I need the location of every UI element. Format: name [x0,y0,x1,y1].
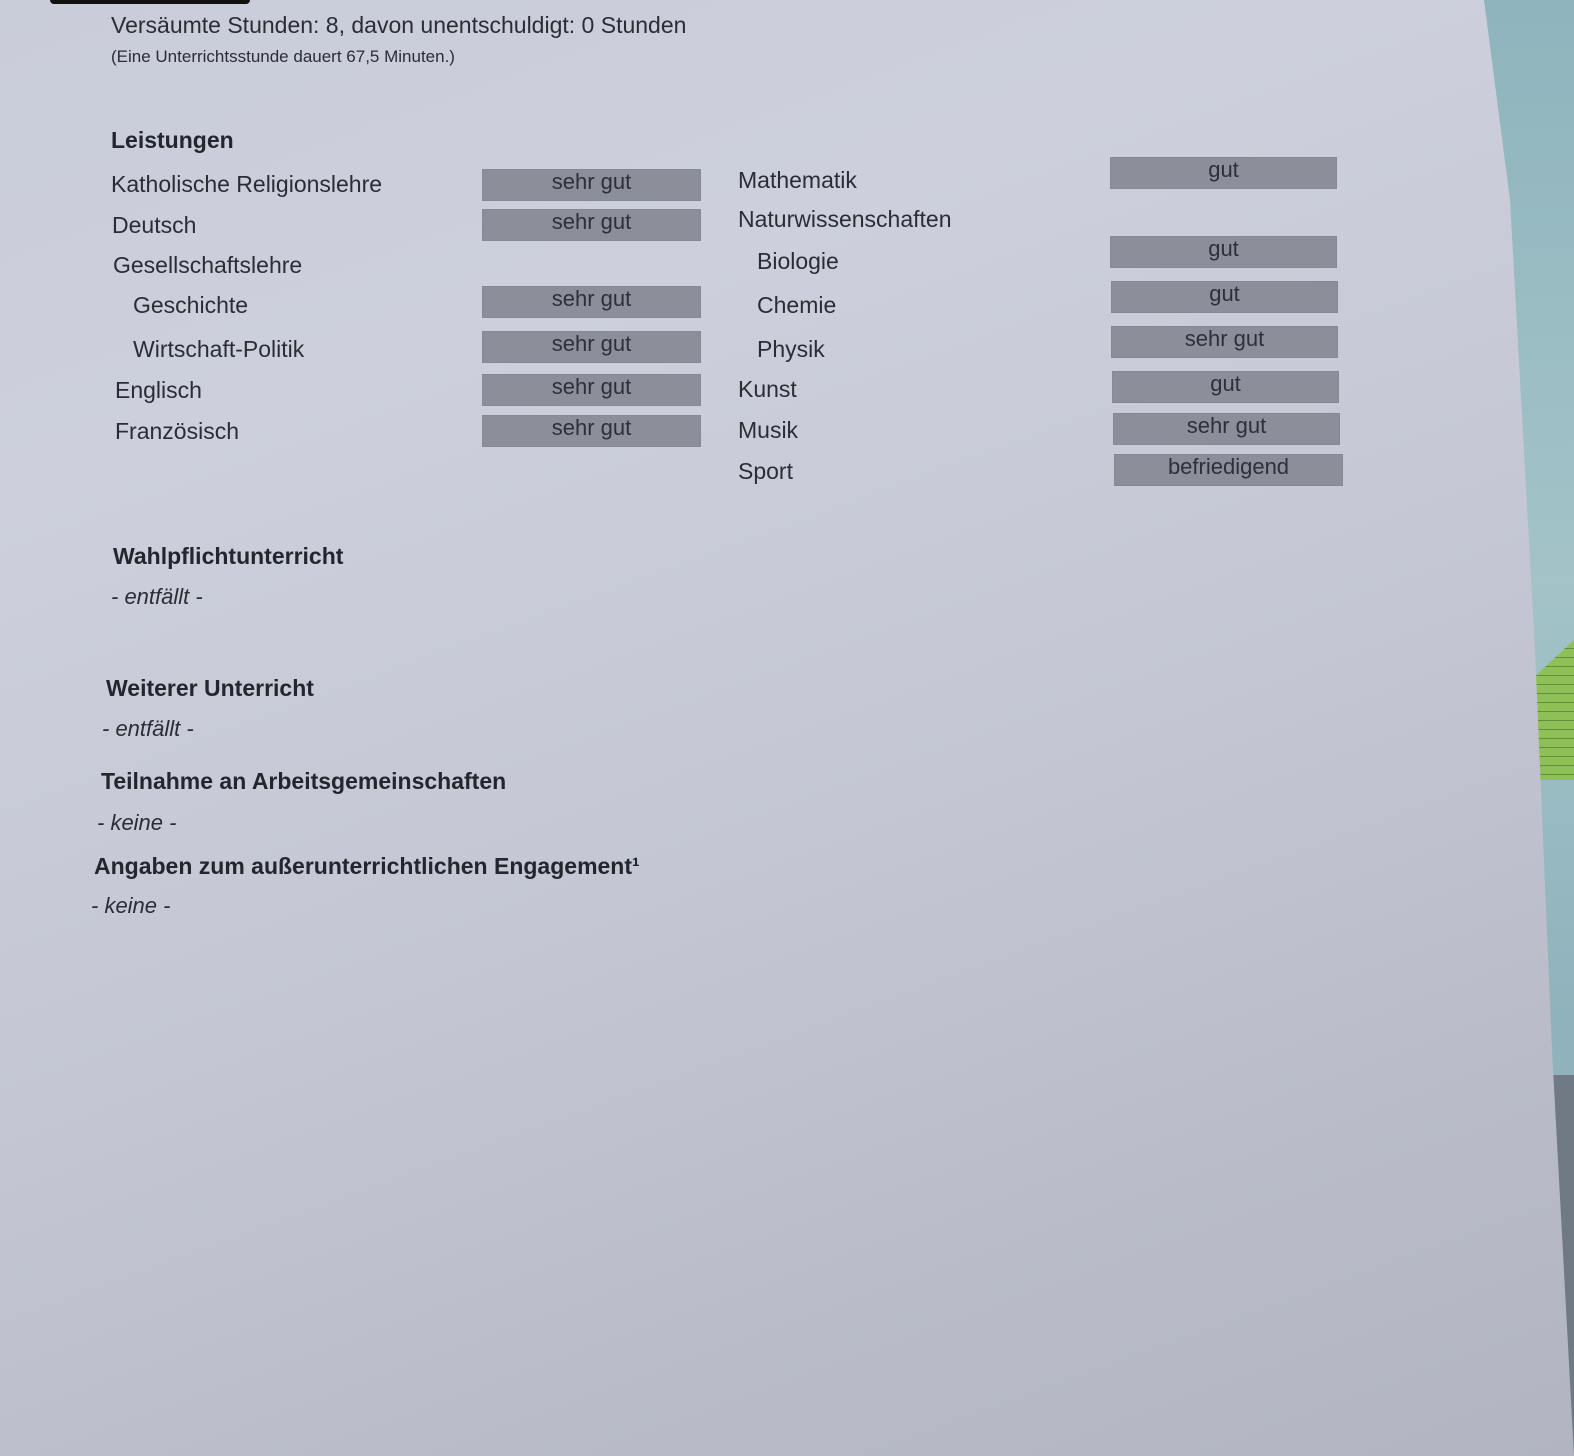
subject-geschichte: Geschichte [133,292,248,319]
grade-englisch: sehr gut [482,374,701,406]
subject-katholische-religionslehre: Katholische Religionslehre [111,171,382,198]
grade-physik: sehr gut [1111,326,1338,358]
report-card-page: Versäumte Stunden: 8, davon unentschuldi… [0,0,1574,1456]
grade-katholische-religionslehre: sehr gut [482,169,701,201]
subject-mathematik: Mathematik [738,167,857,194]
grade-sport: befriedigend [1114,454,1343,486]
grade-wirtschaft-politik: sehr gut [482,331,701,363]
subject-deutsch: Deutsch [112,212,196,239]
section-value-wahlpflichtunterricht: - entfällt - [111,584,203,610]
subject-musik: Musik [738,417,798,444]
section-value-arbeitsgemeinschaften: - keine - [97,810,176,836]
lesson-duration-note: (Eine Unterrichtsstunde dauert 67,5 Minu… [111,47,455,67]
subject-physik: Physik [757,336,825,363]
section-value-engagement: - keine - [91,893,170,919]
grade-deutsch: sehr gut [482,209,701,241]
subject-naturwissenschaften: Naturwissenschaften [738,206,952,233]
grade-geschichte: sehr gut [482,286,701,318]
subject-gesellschaftslehre: Gesellschaftslehre [113,252,302,279]
top-edge-shadow [50,0,250,4]
performance-heading: Leistungen [111,127,234,154]
subject-franzoesisch: Französisch [115,418,239,445]
subject-sport: Sport [738,458,793,485]
section-value-weiterer-unterricht: - entfällt - [102,716,194,742]
missed-hours: Versäumte Stunden: 8, davon unentschuldi… [111,12,686,39]
grade-musik: sehr gut [1113,413,1340,445]
grade-mathematik: gut [1110,157,1337,189]
grade-kunst: gut [1112,371,1339,403]
subject-wirtschaft-politik: Wirtschaft-Politik [133,336,304,363]
grade-biologie: gut [1110,236,1337,268]
subject-biologie: Biologie [757,248,839,275]
subject-kunst: Kunst [738,376,797,403]
section-heading-weiterer-unterricht: Weiterer Unterricht [106,675,314,702]
grade-franzoesisch: sehr gut [482,415,701,447]
subject-englisch: Englisch [115,377,202,404]
grade-chemie: gut [1111,281,1338,313]
section-heading-engagement: Angaben zum außerunterrichtlichen Engage… [94,853,640,880]
section-heading-wahlpflichtunterricht: Wahlpflichtunterricht [113,543,343,570]
subject-chemie: Chemie [757,292,836,319]
section-heading-arbeitsgemeinschaften: Teilnahme an Arbeitsgemeinschaften [101,768,506,795]
